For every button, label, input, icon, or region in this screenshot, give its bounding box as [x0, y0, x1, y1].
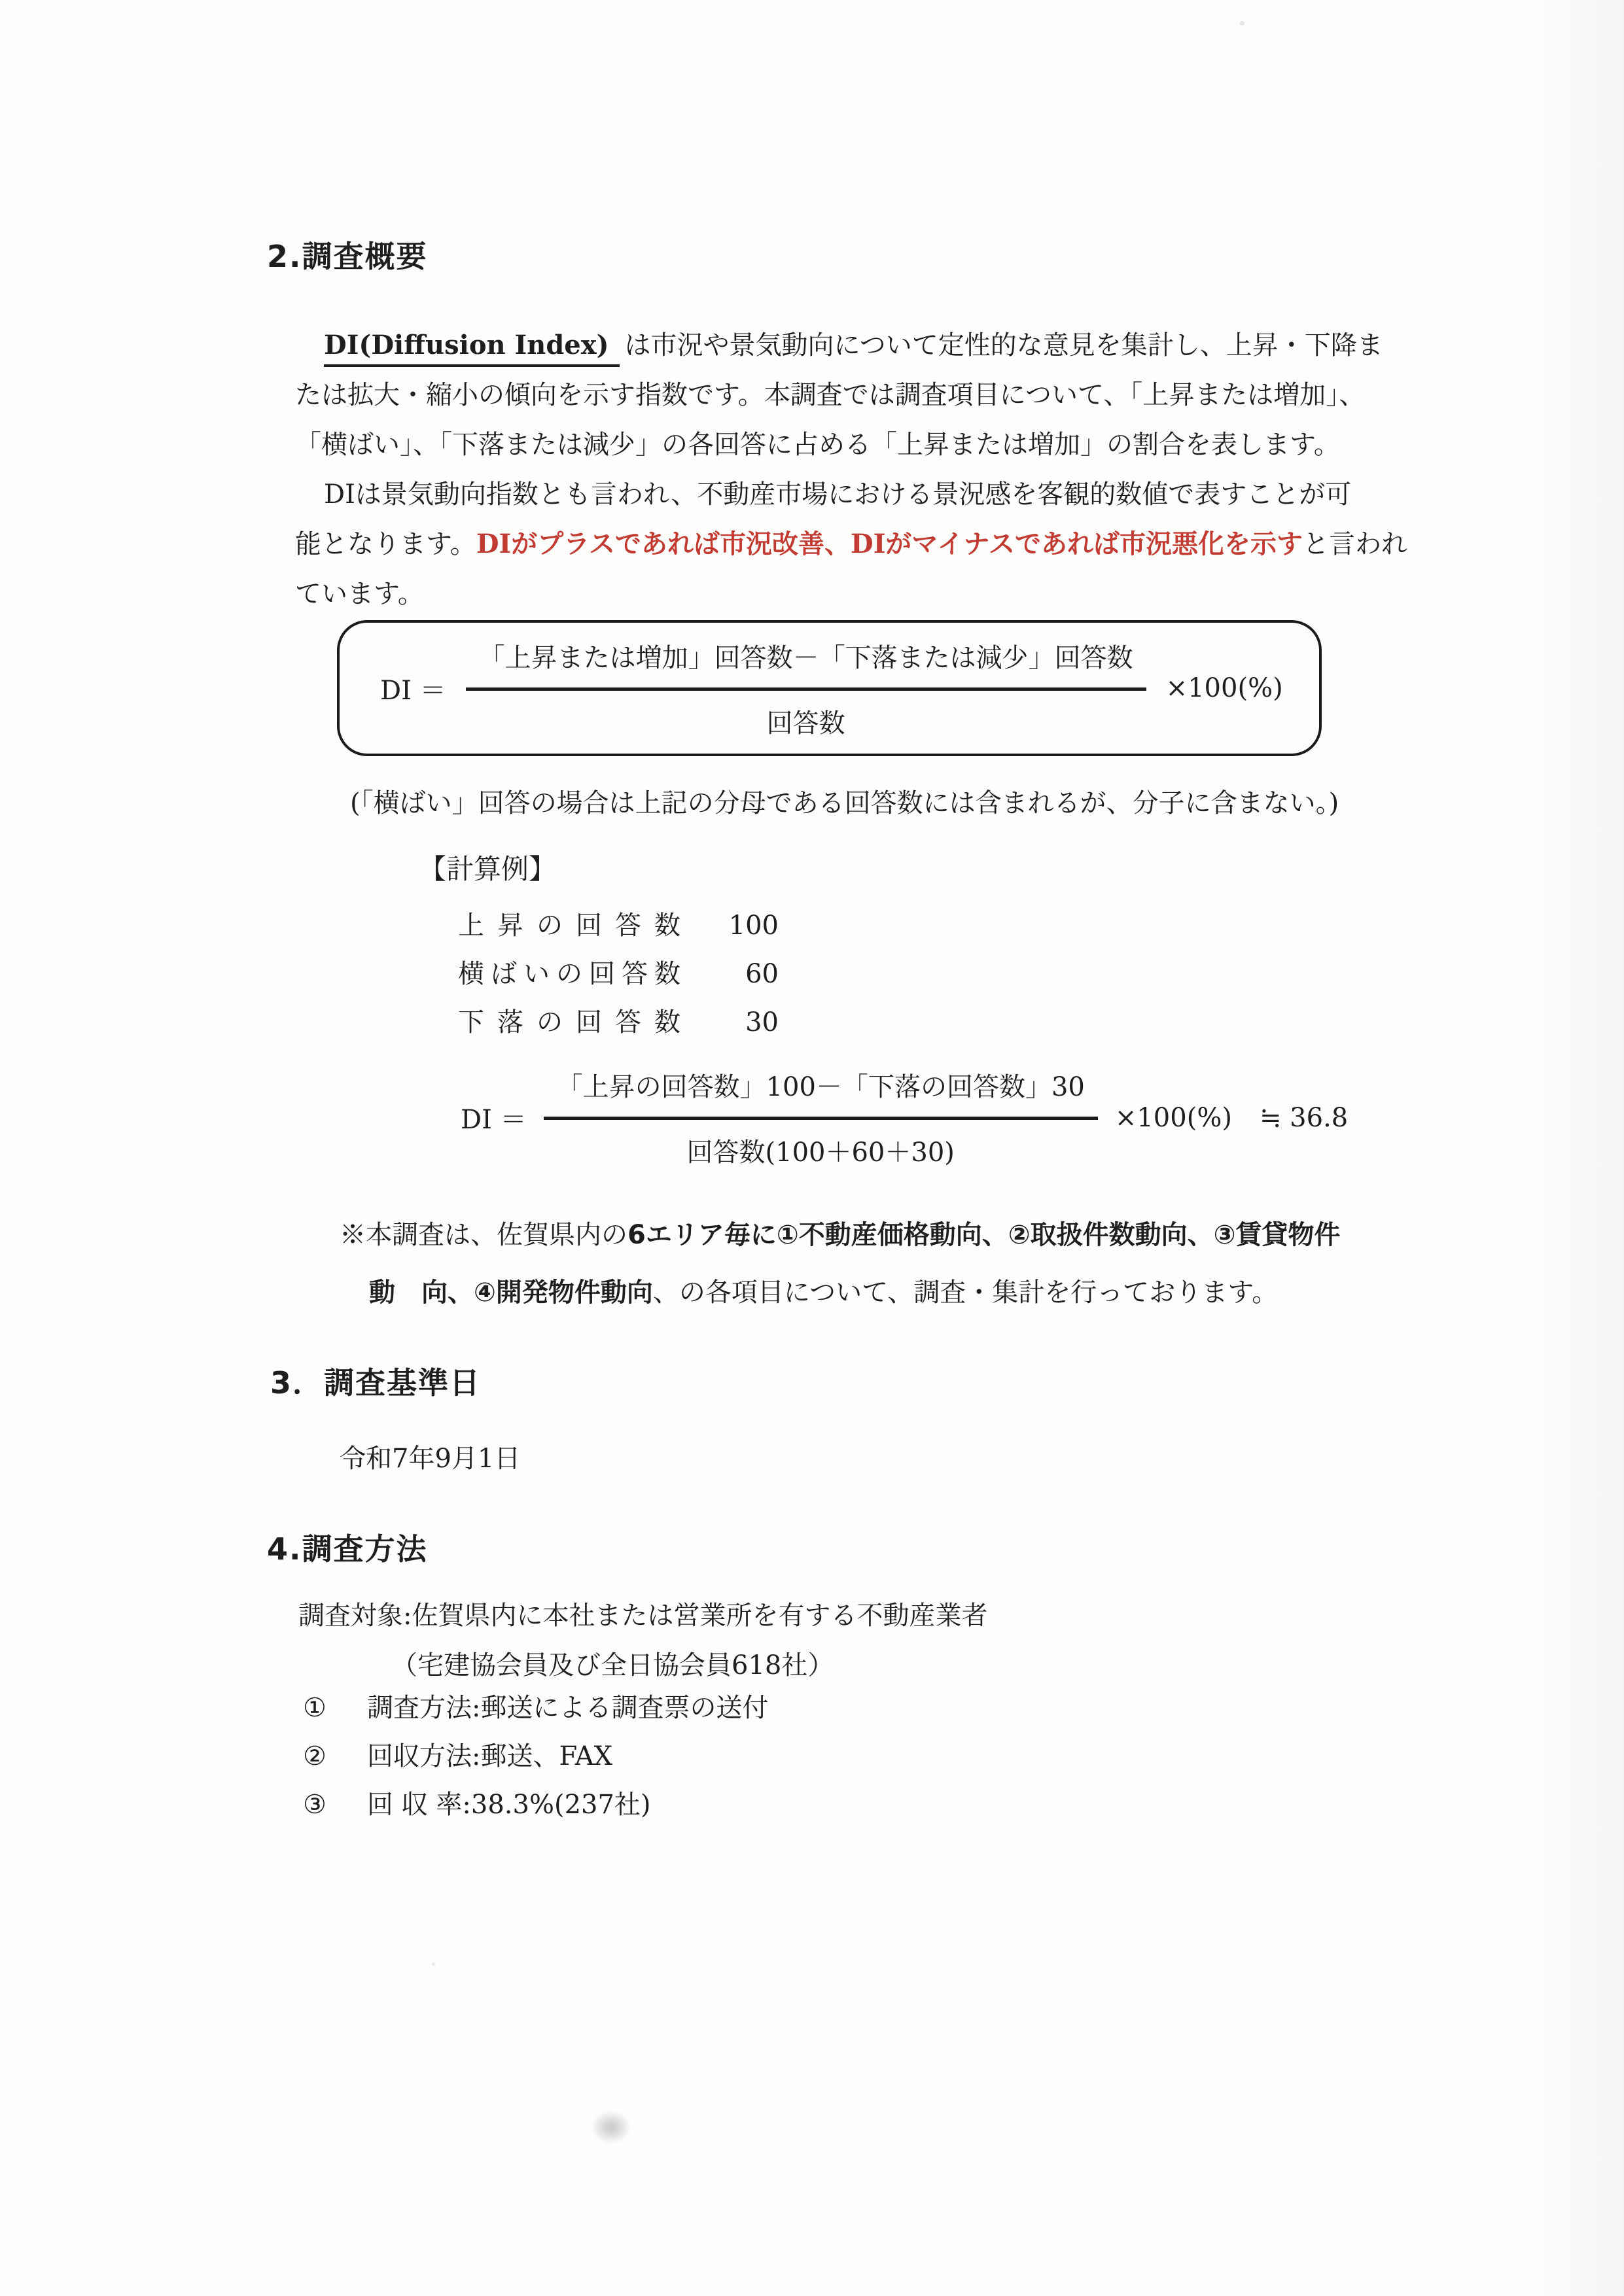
- note-text: 、の各項目について、調査・集計を行っております。: [653, 1278, 1278, 1308]
- paragraph-line: 能となります。DIがプラスであれば市況改善、DIがマイナスであれば市況悪化を示す…: [295, 519, 1407, 569]
- calc-row-label: 横ばいの回答数: [458, 950, 680, 998]
- scanned-survey-document-page: 2.調査概要 DI(Diffusion Index)は市況や景気動向について定性…: [0, 0, 1624, 2296]
- calc-row-label: 下落の回答数: [458, 998, 680, 1047]
- circled-number: ②: [303, 1732, 333, 1781]
- di-term-underlined: DI(Diffusion Index): [324, 330, 620, 367]
- fraction-numerator: 「上昇または増加」回答数－「下落または減少」回答数: [466, 637, 1146, 691]
- survey-method-items: ① 調査方法:郵送による調査票の送付 ② 回収方法:郵送、FAX ③ 回 収 率…: [303, 1684, 768, 1829]
- calc-row-label: 上昇の回答数: [458, 901, 680, 950]
- calc-example-heading: 【計算例】: [419, 848, 556, 887]
- formula-fraction: 「上昇の回答数」100－「下落の回答数」30 回答数(100＋60＋30): [544, 1066, 1098, 1169]
- survey-base-date: 令和7年9月1日: [340, 1438, 520, 1475]
- scan-speck: [432, 1962, 435, 1966]
- note-bold-text: 6エリア毎に①不動産価格動向、②取扱件数動向、③賃貸物件: [627, 1220, 1340, 1250]
- method-item-text: 調査方法:郵送による調査票の送付: [367, 1684, 768, 1732]
- fraction-numerator: 「上昇の回答数」100－「下落の回答数」30: [544, 1066, 1098, 1120]
- survey-target-sub-line: （宅建協会員及び全日協会員618社）: [391, 1644, 834, 1682]
- survey-target-line: 調査対象:佐賀県内に本社または営業所を有する不動産業者: [298, 1595, 987, 1632]
- method-item-text: 回 収 率:38.3%(237社): [367, 1781, 651, 1829]
- calc-row-value: 30: [680, 998, 779, 1047]
- calc-example-formula: DI ＝ 「上昇の回答数」100－「下落の回答数」30 回答数(100＋60＋3…: [461, 1066, 1348, 1169]
- paragraph-text: 能となります。: [295, 529, 476, 559]
- fraction-denominator: 回答数(100＋60＋30): [544, 1120, 1098, 1169]
- paragraph-text: DIは景気動向指数とも言われ、不動産市場における景況感を客観的数値で表すことが可: [324, 479, 1351, 510]
- scan-edge-shade: [1526, 0, 1624, 2296]
- calc-row: 横ばいの回答数 60: [458, 950, 779, 998]
- formula-result: ≒ 36.8: [1260, 1103, 1348, 1133]
- formula-fraction: 「上昇または増加」回答数－「下落または減少」回答数 回答数: [466, 637, 1146, 740]
- method-item: ① 調査方法:郵送による調査票の送付: [303, 1684, 768, 1732]
- calc-row-value: 60: [680, 950, 779, 998]
- section-4-heading: 4.調査方法: [267, 1525, 427, 1569]
- formula-note: (「横ばい」回答の場合は上記の分母である回答数には含まれるが、分子に含まない。): [350, 782, 1339, 820]
- paragraph-line: たは拡大・縮小の傾向を示す指数です。本調査では調査項目について、「上昇または増加…: [295, 370, 1407, 420]
- scan-smudge: [592, 2112, 630, 2143]
- scan-speck: [1240, 21, 1244, 26]
- note-line: 動 向、④開発物件動向、の各項目について、調査・集計を行っております。: [340, 1264, 1340, 1321]
- note-text: ※本調査は、佐賀県内の: [340, 1220, 627, 1250]
- section-3-heading: 3．調査基準日: [270, 1359, 481, 1402]
- note-line: ※本調査は、佐賀県内の6エリア毎に①不動産価格動向、②取扱件数動向、③賃貸物件: [340, 1206, 1340, 1264]
- paragraph-line: DIは景気動向指数とも言われ、不動産市場における景況感を客観的数値で表すことが可: [295, 470, 1407, 519]
- calc-row-value: 100: [680, 901, 779, 950]
- calc-row: 上昇の回答数 100: [458, 901, 779, 950]
- method-item: ③ 回 収 率:38.3%(237社): [303, 1781, 768, 1829]
- section-2-heading: 2.調査概要: [267, 233, 427, 276]
- method-item-text: 回収方法:郵送、FAX: [367, 1732, 612, 1781]
- overview-paragraphs: DI(Diffusion Index)は市況や景気動向について定性的な意見を集計…: [295, 321, 1407, 619]
- paragraph-line: 「横ばい」、「下落または減少」の各回答に占める「上昇または増加」の割合を表します…: [295, 420, 1407, 470]
- paragraph-text: は市況や景気動向について定性的な意見を集計し、上昇・下降ま: [625, 330, 1383, 360]
- di-formula-box: DI ＝ 「上昇または増加」回答数－「下落または減少」回答数 回答数 ×100(…: [337, 620, 1322, 756]
- survey-scope-note: ※本調査は、佐賀県内の6エリア毎に①不動産価格動向、②取扱件数動向、③賃貸物件 …: [340, 1206, 1340, 1321]
- circled-number: ①: [303, 1684, 333, 1732]
- fraction-denominator: 回答数: [466, 691, 1146, 740]
- circled-number: ③: [303, 1781, 333, 1829]
- paragraph-line: DI(Diffusion Index)は市況や景気動向について定性的な意見を集計…: [295, 321, 1407, 370]
- formula-multiplier: ×100(%): [1115, 1103, 1232, 1133]
- paragraph-text: と言われ: [1303, 529, 1407, 559]
- method-item: ② 回収方法:郵送、FAX: [303, 1732, 768, 1781]
- calc-example-rows: 上昇の回答数 100 横ばいの回答数 60 下落の回答数 30: [458, 901, 779, 1047]
- calc-row: 下落の回答数 30: [458, 998, 779, 1047]
- formula-lhs: DI ＝: [461, 1099, 527, 1136]
- di-highlight-red-text: DIがプラスであれば市況改善、DIがマイナスであれば市況悪化を示す: [476, 529, 1303, 559]
- paragraph-line: ています。: [295, 569, 1407, 619]
- note-bold-text: 動 向、④開発物件動向: [369, 1278, 653, 1308]
- formula-multiplier: ×100(%): [1166, 673, 1283, 703]
- formula-lhs: DI ＝: [380, 670, 446, 707]
